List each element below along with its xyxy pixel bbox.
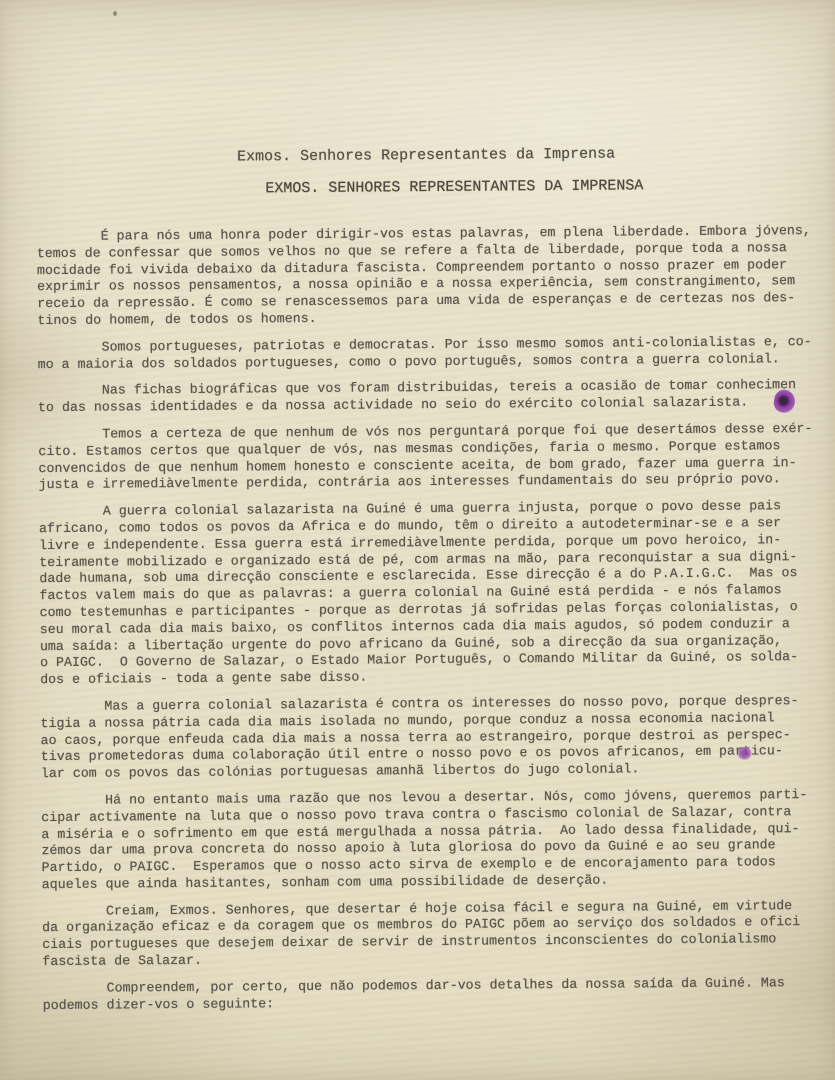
paragraph: Há no entanto mais uma razão que nos lev… (41, 787, 828, 894)
paragraph: Temos a certeza de que nenhum de vós nos… (38, 421, 825, 494)
paragraph: Somos portugueses, patriotas e democrata… (38, 334, 824, 374)
ink-blot-small (737, 747, 752, 760)
paragraph: É para nós uma honra poder dirigir-vos e… (37, 223, 824, 330)
salutation-line: Exmos. Senhores Representantes da Impren… (237, 144, 822, 167)
paragraph: Compreendem, por certo, que não podemos … (43, 975, 829, 1015)
scanned-document-page: Exmos. Senhores Representantes da Impren… (0, 0, 835, 1080)
paper-speck (113, 11, 117, 16)
typewritten-text: Exmos. Senhores Representantes da Impren… (36, 144, 829, 1025)
paragraph: Creiam, Exmos. Senhores, que desertar é … (42, 898, 829, 971)
document-heading: EXMOS. SENHORES REPRESENTANTES DA IMPREN… (265, 176, 822, 198)
paragraph: Nas fichas biográficas que vos foram dis… (38, 377, 824, 417)
paragraph: Mas a guerra colonial salazarista é cont… (40, 693, 827, 783)
paragraph: A guerra colonial salazarista na Guiné é… (39, 498, 826, 689)
document-body: É para nós uma honra poder dirigir-vos e… (37, 223, 829, 1015)
